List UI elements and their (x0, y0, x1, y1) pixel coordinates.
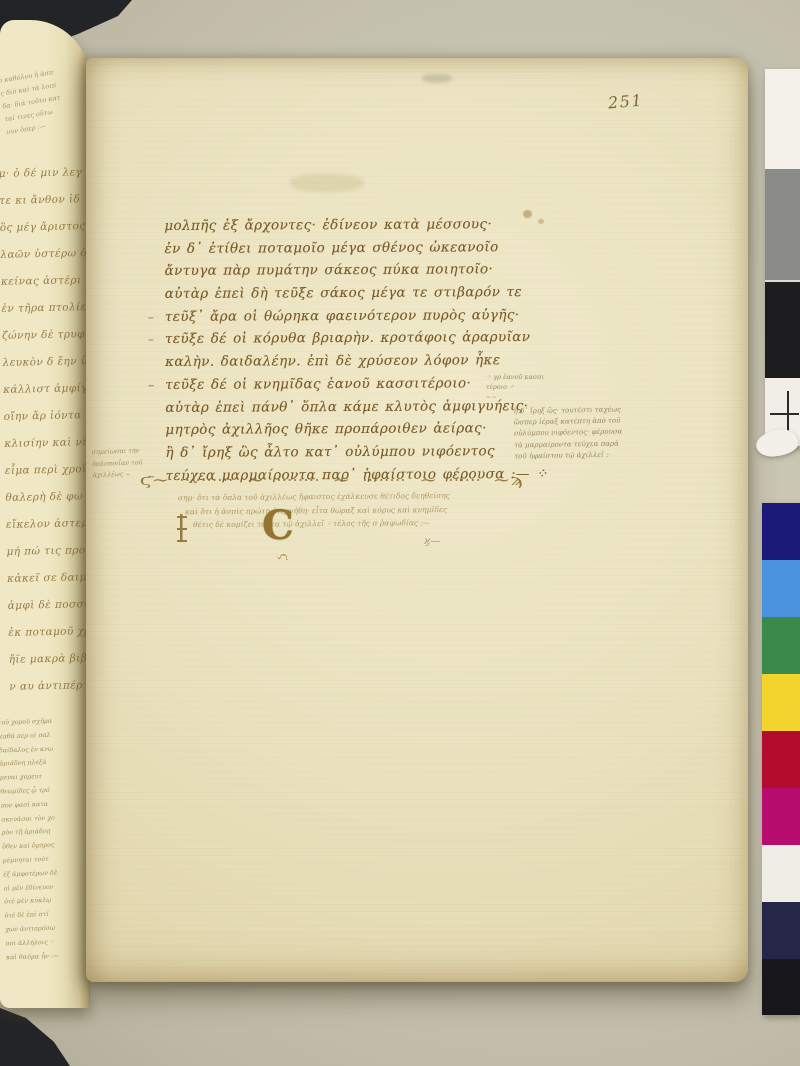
book-end-divider-ornament: ϛ∼··········∼········∼········∼······∼ϡ (144, 471, 518, 489)
verse-fragment: θαλερὴ δὲ φω (5, 483, 90, 512)
verse-line: ἄντυγα πὰρ πυμάτην σάκεος πύκα ποιητοῖο· (165, 258, 537, 283)
verse-text: ἐν δ᾽ ἐτίθει ποταμοῖο μέγα σθένος ὠκεανο… (164, 239, 498, 257)
divider-segment: ······ (449, 474, 482, 487)
folio-number: 251 (607, 91, 644, 113)
torn-tape-blob (754, 427, 799, 459)
scholia-line: τοῦ ἡφαίστου τῷ ἀχιλλεῖ :· (514, 448, 676, 462)
divider-segment: ∼ (333, 471, 351, 489)
color-patch-navy (762, 503, 800, 560)
note-line: ⁘ γρ ἑανοῦ κασσι (486, 372, 562, 382)
verse-line: – τεῦξ᾽ ἄρα οἱ θώρηκα φαεινότερον πυρὸς … (165, 304, 537, 329)
verse-fragment: ἐν τῆρα πτολίε (1, 294, 88, 323)
verse-line: αὐτὰρ ἐπεὶ πάνθ᾽ ὅπλα κάμε κλυτὸς ἀμφιγυ… (165, 395, 537, 420)
grayscale-patch-white (765, 69, 800, 169)
homer-verse-block: μολπῆς ἐξ ἄρχοντες· ἐδίνεον κατὰ μέσσους… (164, 213, 537, 487)
color-patch-white (762, 845, 800, 902)
verse-text: αὐτὰρ ἐπεὶ δὴ τεῦξε σάκος μέγα τε στιβαρ… (165, 284, 522, 302)
verse-text: τεῦξ᾽ ἄρα οἱ θώρηκα φαεινότερον πυρὸς αὐ… (165, 307, 520, 325)
verse-fragment: μή πώ τις προ (6, 537, 90, 566)
obelos-mark: – (148, 328, 155, 351)
verse-text: τεῦξε δέ οἱ κνημῖδας ἑανοῦ κασσιτέροιο· (165, 375, 471, 393)
divider-segment: ∼ϡ (492, 471, 522, 489)
verse-fragment: ζώνην δὲ τρυφ (2, 321, 89, 350)
ink-spot (538, 219, 544, 224)
verse-fragment: κἀκεῖ σε δαιμ (7, 564, 90, 593)
verse-line: – τεῦξε δέ οἱ κόρυθα βριαρὴν. κροτάφοις … (165, 326, 537, 351)
verse-fragment: κάλλιστ ἀμφίγ (3, 375, 90, 404)
note-line: τέροιο ⁘ (486, 382, 562, 392)
verso-page-strip: ρ καθόλου ἡ ἀσπς διὸ καὶ τὰ λοιπδα· διὰ … (0, 20, 90, 1008)
grayscale-patch-black (765, 280, 800, 378)
verse-fragment: τε κι ἄνθον ἰδ (0, 186, 85, 215)
manuscript-photo: ρ καθόλου ἡ ἀσπς διὸ καὶ τὰ λοιπδα· διὰ … (0, 0, 800, 1066)
verse-line: μολπῆς ἐξ ἄρχοντες· ἐδίνεον κατὰ μέσσους… (164, 213, 536, 238)
verse-fragment: λευκὸν δ ἔην ὑ (2, 348, 89, 377)
verse-text: καλὴν. δαιδαλέην. ἐπὶ δὲ χρύσεον λόφον ἧ… (165, 352, 500, 370)
verse-text: τεῦξε δέ οἱ κόρυθα βριαρὴν. κροτάφοις ἀρ… (165, 329, 531, 347)
recto-page: 251 μολπῆς ἐξ ἄρχοντες· ἐδίνεον κατὰ μέσ… (86, 58, 748, 982)
verse-fragment: ἐκ ποταμοῦ χρ (8, 618, 90, 647)
verso-top-scholia: ρ καθόλου ἡ ἀσπς διὸ καὶ τὰ λοιπδα· διὰ … (0, 62, 90, 139)
verse-line: καλὴν. δαιδαλέην. ἐπὶ δὲ χρύσεον λόφον ἧ… (165, 349, 537, 374)
book-number-sigma-initial: Ϲ (262, 506, 294, 546)
divider-segment: ∼ (419, 471, 437, 489)
verse-line: – τεῦξε δέ οἱ κνημῖδας ἑανοῦ κασσιτέροιο… (165, 372, 537, 397)
verse-fragment: ὃς μέγ ἄριστος (0, 213, 86, 242)
iota-monogram (176, 514, 187, 542)
divider-segment: ·········· (180, 474, 234, 487)
verse-text: μητρὸς ἀχιλλῆος θῆκε προπάροιθεν ἀείρας· (165, 420, 486, 438)
verse-fragment: οἴην ἄρ ἰόντα (3, 402, 90, 431)
sigma-tail-flourish: ϛ (277, 553, 292, 561)
divider-segment: ∼ (247, 471, 265, 489)
note-line: ∼∼ (486, 392, 562, 402)
verse-fragment: λαῶν ὑστέρω ὀ (0, 240, 87, 269)
verse-fragment: εἴκελον ἀστερ (6, 510, 90, 539)
verse-line: μητρὸς ἀχιλλῆος θῆκε προπάροιθεν ἀείρας· (165, 417, 537, 442)
verse-fragment: κείνας ἀστέρι (1, 267, 88, 296)
verso-bottom-scholia: τοῦ χοροῦ σχῆμακαθά περ οἱ παλδαίδαλος ἐ… (0, 714, 90, 965)
verse-fragment: ν αυ ἀντιπέρ (9, 672, 90, 701)
obelos-mark: – (148, 306, 155, 329)
grayscale-patch-mid-gray (765, 169, 800, 280)
cradle-felt-bottom-left (0, 1008, 80, 1066)
verse-line: ἣ δ᾽ ἴρηξ ὣς ἆλτο κατ᾽ οὐλύμπου νιφόεντο… (165, 440, 537, 465)
verse-text: ἣ δ᾽ ἴρηξ ὣς ἆλτο κατ᾽ οὐλύμπου νιφόεντο… (165, 443, 495, 461)
verse-text: αὐτὰρ ἐπεὶ πάνθ᾽ ὅπλα κάμε κλυτὸς ἀμφιγυ… (165, 398, 528, 416)
verse-line: ἐν δ᾽ ἐτίθει ποταμοῖο μέγα σθένος ὠκεανο… (164, 236, 536, 261)
subscription-line: καὶ ὅτι ἡ ἀσπὶς πρώτη ἐτεχνήθη· εἶτα θώρ… (185, 502, 478, 518)
right-margin-scholia: ἣ δ᾽ ἴρηξ ὣς· τουτέστι ταχέωςὥσπερ ἱέραξ… (514, 404, 677, 463)
color-patch-yellow (762, 674, 800, 731)
ink-showthrough-stain (290, 174, 364, 192)
divider-segment: ········ (363, 474, 406, 487)
divider-segment: ϛ∼ (140, 471, 169, 489)
scholia-line: καὶ θαῦμα ἦν :— (6, 948, 90, 965)
subscription-block: σημ· ὅτι τὰ ὅπλα τοῦ ἀχιλλέως ἥφαιστος ἐ… (178, 489, 478, 532)
color-patch-blue (762, 560, 800, 617)
verse-text: ἄντυγα πὰρ πυμάτην σάκεος πύκα ποιητοῖο· (165, 262, 494, 280)
verse-fragment: κλισίην καὶ νῆ (4, 429, 90, 458)
verso-verse-fragments: μ· ὁ δέ μιν λεγτε κι ἄνθον ἰδὃς μέγ ἄρισ… (0, 159, 90, 701)
verse-fragment: εἷμα περὶ χροΐ (5, 456, 90, 485)
variant-reading-note: ⁘ γρ ἑανοῦ κασσιτέροιο ⁘∼∼ (486, 372, 562, 402)
verse-fragment: ἀμφὶ δὲ ποσσί (7, 591, 90, 620)
color-patch-red (762, 731, 800, 788)
divider-segment: ········ (277, 474, 320, 487)
color-patch-black (762, 959, 800, 1015)
verse-fragment: μ· ὁ δέ μιν λεγ (0, 159, 85, 188)
edge-smudge (422, 74, 452, 83)
color-patch-dark-navy (762, 902, 800, 959)
verse-text: μολπῆς ἐξ ἄρχοντες· ἐδίνεον κατὰ μέσσους… (164, 216, 492, 234)
color-patch-magenta (762, 788, 800, 845)
color-patch-green (762, 617, 800, 674)
subscription-line: θέτις δὲ κομίζει ταῦτα τῷ ἀχιλλεῖ ⁖ τέλο… (193, 516, 478, 532)
kai-end-mark: ϗ— (424, 536, 440, 547)
grayscale-calibration-bar (765, 69, 800, 446)
color-calibration-bar (762, 503, 800, 1015)
verse-line: αὐτὰρ ἐπεὶ δὴ τεῦξε σάκος μέγα τε στιβαρ… (165, 281, 537, 306)
obelos-mark: – (148, 374, 155, 397)
verse-fragment: ἤϊε μακρὰ βιβ (9, 645, 90, 674)
